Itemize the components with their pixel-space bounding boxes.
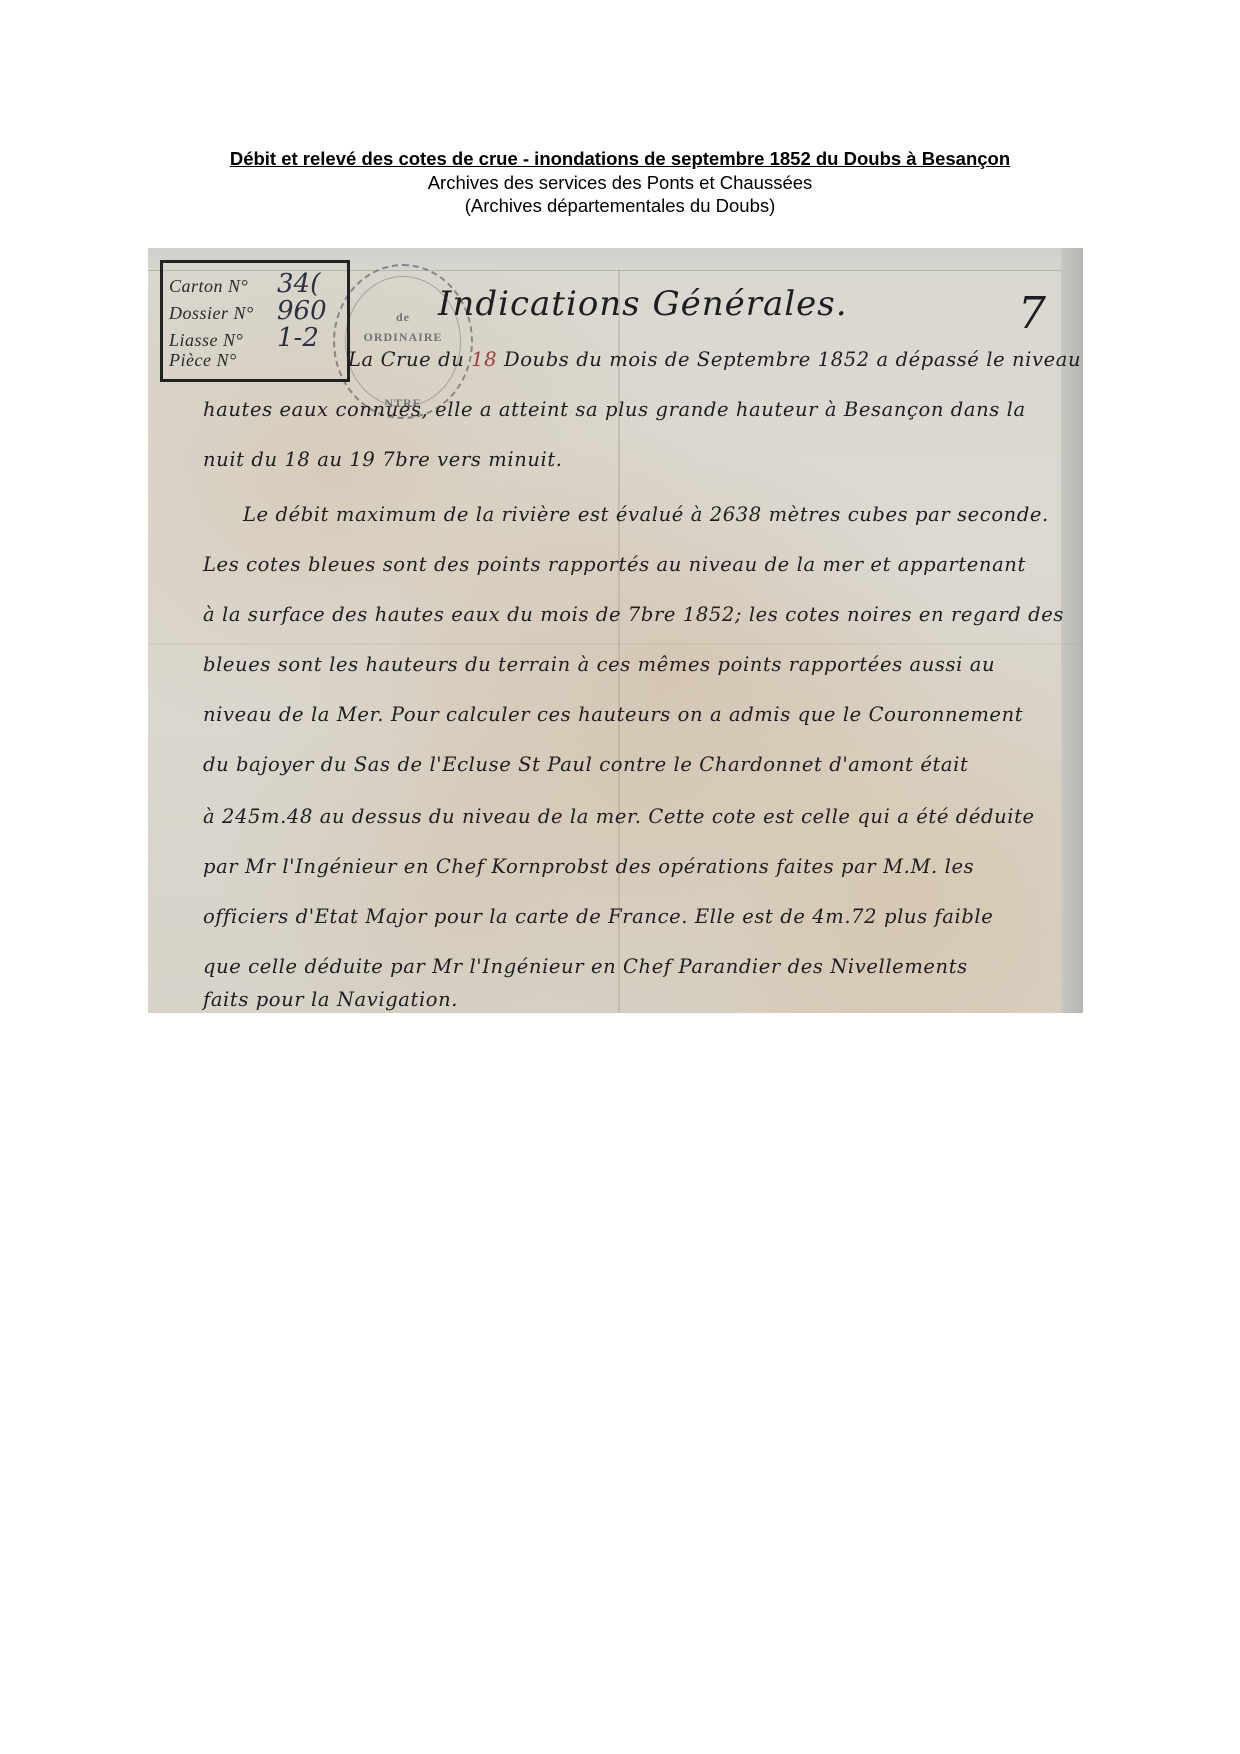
manuscript-red-annotation: 18	[471, 348, 497, 371]
archive-label: Carton N°	[169, 276, 269, 297]
archive-value: 960	[277, 296, 327, 326]
manuscript-line: niveau de la Mer. Pour calculer ces haut…	[203, 703, 1023, 726]
archive-row-carton: Carton N° 34(	[169, 269, 347, 296]
manuscript-line: par Mr l'Ingénieur en Chef Kornprobst de…	[203, 855, 974, 878]
archive-reference-box: Carton N° 34( Dossier N° 960 Liasse N° 1…	[160, 260, 350, 382]
archive-stamp-text-2: ORDINAIRE	[335, 330, 471, 345]
archive-label: Liasse N°	[169, 330, 269, 351]
archive-row-liasse: Liasse N° 1-2	[169, 323, 347, 350]
manuscript-line: à la surface des hautes eaux du mois de …	[203, 603, 1064, 626]
manuscript-line: bleues sont les hauteurs du terrain à ce…	[203, 653, 995, 676]
manuscript-line: Les cotes bleues sont des points rapport…	[203, 553, 1026, 576]
archive-value: 34(	[277, 269, 320, 299]
manuscript-line: du bajoyer du Sas de l'Ecluse St Paul co…	[203, 753, 968, 776]
manuscript-line: nuit du 18 au 19 7bre vers minuit.	[203, 448, 563, 471]
manuscript-line: La Crue du 18 Doubs du mois de Septembre…	[348, 348, 1083, 371]
paper-fold-vertical	[618, 270, 620, 1013]
document-title: Débit et relevé des cotes de crue - inon…	[0, 147, 1240, 171]
archive-row-dossier: Dossier N° 960	[169, 296, 347, 323]
archive-row-piece: Pièce N°	[169, 350, 347, 377]
manuscript-line: faits pour la Navigation.	[203, 988, 458, 1011]
manuscript-line: Le débit maximum de la rivière est évalu…	[243, 503, 1049, 526]
document-header: Débit et relevé des cotes de crue - inon…	[0, 147, 1240, 217]
document-subtitle-source: (Archives départementales du Doubs)	[0, 194, 1240, 217]
manuscript-text: La Crue du	[348, 348, 471, 371]
manuscript-line: officiers d'Etat Major pour la carte de …	[203, 905, 993, 928]
paper-fold-horizontal	[148, 643, 1083, 645]
manuscript-line: hautes eaux connues, elle a atteint sa p…	[203, 398, 1026, 421]
manuscript-text: Doubs du mois de Septembre 1852 a dépass…	[497, 348, 1083, 371]
manuscript-photo: de ORDINAIRE NTRE Carton N° 34( Dossier …	[148, 248, 1083, 1013]
manuscript-margin-mark: 7	[1018, 288, 1046, 339]
manuscript-line: à 245m.48 au dessus du niveau de la mer.…	[203, 805, 1035, 828]
manuscript-heading: Indications Générales.	[438, 284, 848, 324]
archive-value: 1-2	[277, 323, 319, 353]
archive-label: Dossier N°	[169, 303, 269, 324]
archive-label: Pièce N°	[169, 350, 269, 371]
manuscript-line: que celle déduite par Mr l'Ingénieur en …	[203, 955, 968, 978]
document-subtitle-archives: Archives des services des Ponts et Chaus…	[0, 171, 1240, 194]
